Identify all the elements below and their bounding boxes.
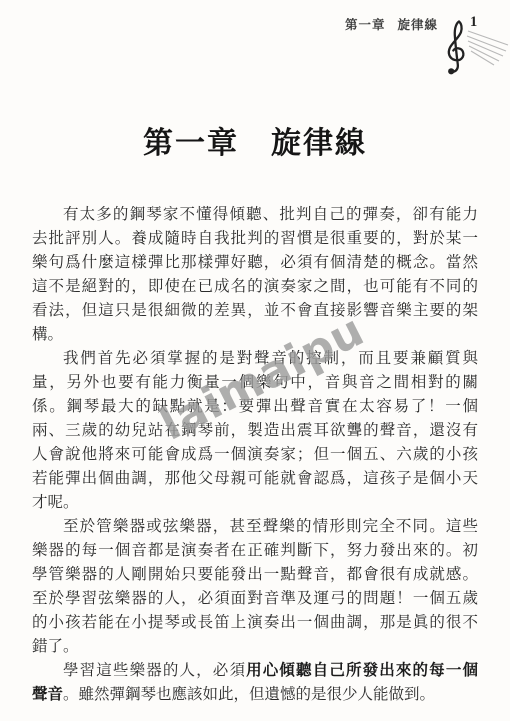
text-segment: 學習這些樂器的人，必須: [63, 662, 246, 679]
running-head: 第一章旋律線: [345, 15, 438, 33]
text-line: 係。鋼琴最大的缺點就是：要彈出聲音實在太容易了！一個: [32, 395, 478, 419]
body-text: 有太多的鋼琴家不懂得傾聽、批判自己的彈奏，卻有能力 去批評別人。養成隨時自我批判…: [32, 203, 478, 707]
text-line: 若能彈出個曲調，那他父母親可能就會認爲，這孩子是個小天: [32, 467, 478, 491]
book-page: 第一章旋律線 1 第一章 旋律線 laimaipu 有太多的鋼琴家不懂得傾聽、批…: [0, 0, 510, 721]
text-line: 學習這些樂器的人，必須用心傾聽自己所發出來的每一個: [32, 659, 478, 683]
text-line: 有太多的鋼琴家不懂得傾聽、批判自己的彈奏，卻有能力: [32, 203, 478, 227]
text-line: 才呢。: [32, 491, 478, 515]
text-line: 構。: [32, 323, 478, 347]
hatch-lines-decoration: [466, 30, 510, 68]
text-line: 錯了。: [32, 635, 478, 659]
running-head-section: 旋律線: [397, 18, 438, 32]
treble-clef-icon: [441, 19, 469, 77]
text-line: 樂句爲什麼這樣彈比那樣彈好聽，必須有個清楚的概念。當然: [32, 251, 478, 275]
text-line: 學管樂器的人剛開始只要能發出一點聲音，都會很有成就感。: [32, 563, 478, 587]
text-line: 至於管樂器或弦樂器，甚至聲樂的情形則完全不同。這些: [32, 515, 478, 539]
text-line: 這不是絕對的，即使在已成名的演奏家之間，也可能有不同的: [32, 275, 478, 299]
text-line: 兩、三歲的幼兒站在鋼琴前，製造出震耳欲聾的聲音，還沒有: [32, 419, 478, 443]
text-line: 去批評別人。養成隨時自我批判的習慣是很重要的，對於某一: [32, 227, 478, 251]
text-line: 的小孩若能在小提琴或長笛上演奏出一個曲調，那是眞的很不: [32, 611, 478, 635]
page-number: 1: [470, 14, 477, 31]
text-line: 人會說他將來可能會成爲一個演奏家；但一個五、六歲的小孩: [32, 443, 478, 467]
text-segment-bold: 聲音: [32, 686, 63, 703]
text-segment-bold: 用心傾聽自己所發出來的每一個: [246, 662, 478, 679]
running-head-chapter: 第一章: [345, 18, 386, 32]
text-line: 我們首先必須掌握的是對聲音的控制，而且要兼顧質與: [32, 347, 478, 371]
text-segment: 。雖然彈鋼琴也應該如此，但遺憾的是很少人能做到。: [63, 686, 435, 703]
text-line: 聲音。雖然彈鋼琴也應該如此，但遺憾的是很少人能做到。: [32, 683, 478, 707]
text-line: 樂器的每一個音都是演奏者在正確判斷下，努力發出來的。初: [32, 539, 478, 563]
text-line: 至於學習弦樂器的人，必須面對音準及運弓的問題！一個五歲: [32, 587, 478, 611]
text-line: 量，另外也要有能力衡量一個樂句中，音與音之間相對的關: [32, 371, 478, 395]
text-line: 看法，但這只是很細微的差異，並不會直接影響音樂主要的架: [32, 299, 478, 323]
chapter-title: 第一章 旋律線: [0, 118, 510, 162]
